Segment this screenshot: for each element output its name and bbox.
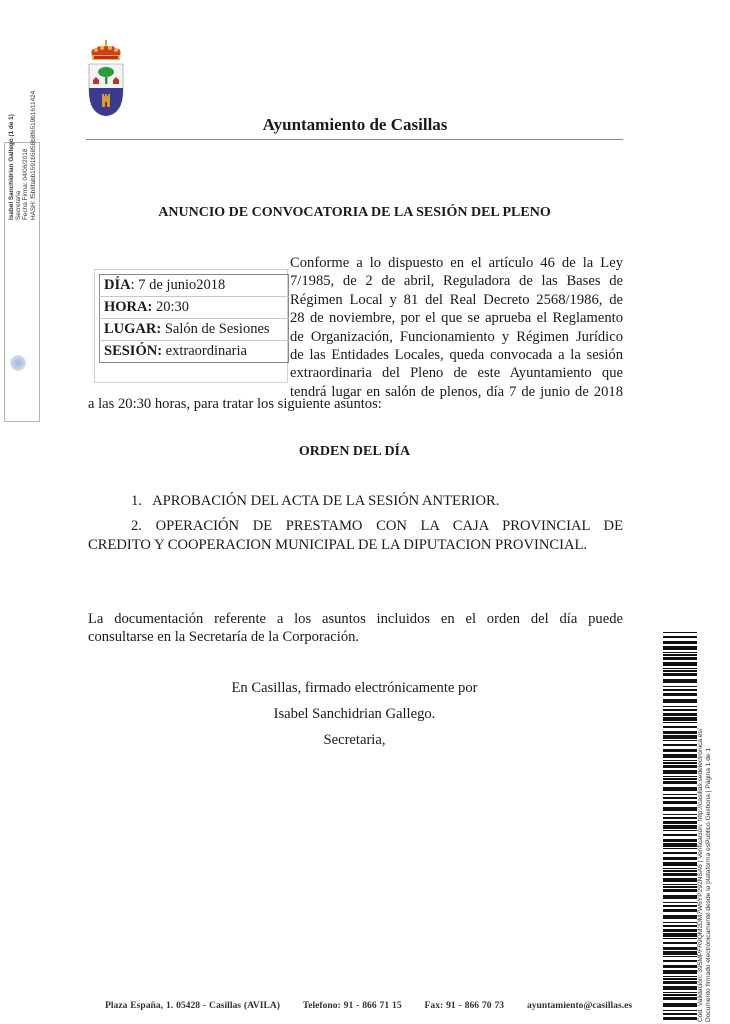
footer-address: Plaza España, 1. 05428 - Casillas (AVILA… xyxy=(105,1000,280,1011)
signer-position: Secretaria, xyxy=(86,732,623,749)
coat-of-arms-logo xyxy=(86,40,126,118)
documentation-note-continued: consultarse en la Secretaría de la Corpo… xyxy=(88,629,359,646)
signature-date: Fecha Firma: 04/06/2018 xyxy=(22,0,29,220)
footer-phone: Telefono: 91 - 866 71 15 xyxy=(303,1000,402,1011)
seal-icon xyxy=(10,355,26,371)
paragraph-tail: a las 20:30 horas, para tratar los sigui… xyxy=(88,396,382,413)
paragraph-line: de las Entidades Locales, queda convocad… xyxy=(290,346,623,364)
page-title: Ayuntamiento de Casillas xyxy=(0,115,710,135)
documentation-note: La documentación referente a los asuntos… xyxy=(88,611,623,628)
paragraph-line: 28 de noviembre, por el que se aprueba e… xyxy=(290,309,623,327)
paragraph-line: Régimen Local y 81 del Real Decreto 2568… xyxy=(290,291,623,309)
agenda-item-2: 2. OPERACIÓN DE PRESTAMO CON LA CAJA PRO… xyxy=(131,518,623,535)
agenda-heading: ORDEN DEL DÍA xyxy=(86,444,623,460)
info-row-day: DÍA: 7 de junio2018 xyxy=(100,275,289,297)
footer-email[interactable]: ayuntamiento@casillas.es xyxy=(527,1000,632,1011)
session-info-table: DÍA: 7 de junio2018 HORA: 20:30 LUGAR: S… xyxy=(99,274,289,363)
verification-barcode xyxy=(663,632,697,1020)
paragraph-line: extraordinaria del Pleno de este Ayuntam… xyxy=(290,364,623,382)
signer-role: Secretaria xyxy=(15,0,22,220)
paragraph-line: de Organización, Funcionamiento y Régime… xyxy=(290,328,623,346)
info-row-place: LUGAR: Salón de Sesiones xyxy=(100,319,289,341)
agenda-item-1: 1. APROBACIÓN DEL ACTA DE LA SESIÓN ANTE… xyxy=(131,493,499,510)
signer-name: Isabel Sanchidrian Gallego (1 de 1) xyxy=(8,0,15,220)
signature-line: En Casillas, firmado electrónicamente po… xyxy=(86,680,623,697)
footer-fax: Fax: 91 - 866 70 73 xyxy=(425,1000,505,1011)
paragraph-line: Conforme a lo dispuesto en el artículo 4… xyxy=(290,254,623,272)
agenda-item-2-continued: CREDITO Y COOPERACION MUNICIPAL DE LA DI… xyxy=(88,537,587,554)
platform-note: Documento firmado electrónicamente desde… xyxy=(705,622,713,1022)
convocation-paragraph: Conforme a lo dispuesto en el artículo 4… xyxy=(290,254,623,401)
info-row-session: SESIÓN: extraordinaria xyxy=(100,341,289,363)
header-divider xyxy=(86,139,623,140)
paragraph-line: 7/1985, de 2 de abril, Reguladora de las… xyxy=(290,272,623,290)
info-row-time: HORA: 20:30 xyxy=(100,297,289,319)
verification-code[interactable]: Cód. Validación: 395MPFR9QM2DM7W6YP292NS… xyxy=(697,622,705,1022)
document-heading: ANUNCIO DE CONVOCATORIA DE LA SESIÓN DEL… xyxy=(86,205,623,221)
footer: Plaza España, 1. 05428 - Casillas (AVILA… xyxy=(105,1000,632,1011)
signer-full-name: Isabel Sanchidrian Gallego. xyxy=(86,706,623,723)
signature-hash: HASH: f5b8fabb1591b5858b8f6519b1611424 xyxy=(30,0,37,220)
verification-text: Cód. Validación: 395MPFR9QM2DM7W6YP292NS… xyxy=(697,622,723,1022)
